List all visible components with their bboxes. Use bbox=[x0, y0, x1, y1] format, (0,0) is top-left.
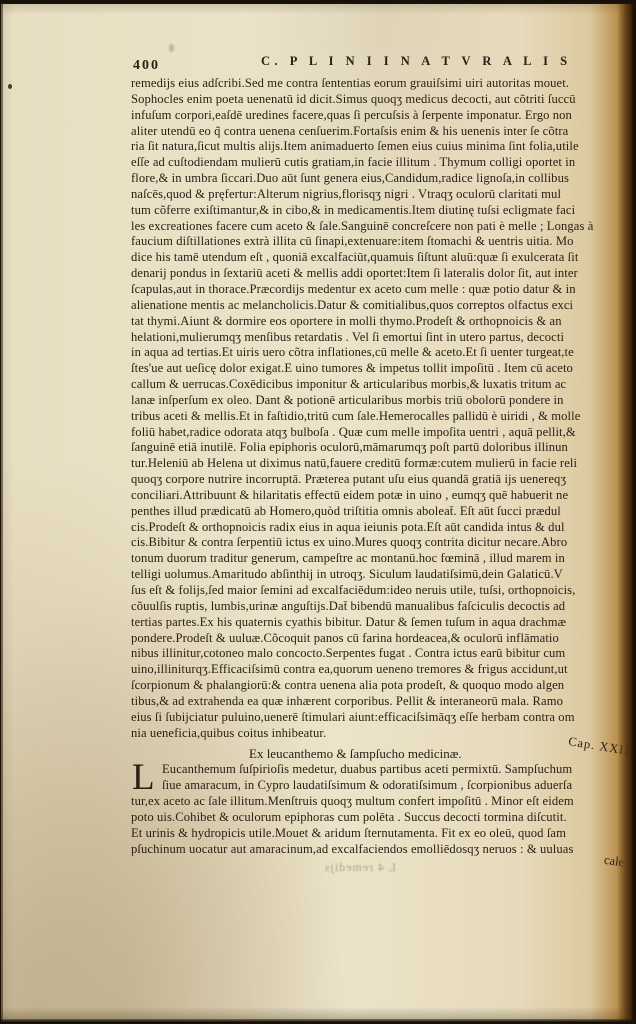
text-line: eius ſi ſubijciatur puluino,uenerē ſtimu… bbox=[131, 710, 634, 726]
chapter-title: Ex leucanthemo & ſampſucho medicinæ. bbox=[249, 746, 462, 762]
text-line: uino,illiniturqʒ.Efficaciſsimū contra ea… bbox=[131, 662, 634, 678]
page-number: 400 bbox=[133, 58, 160, 74]
text-line: Sophocles enim poeta uenenatū id dicit.S… bbox=[131, 92, 634, 108]
text-line: tum cõferre exiſtimantur,& in cibo,& in … bbox=[131, 203, 634, 219]
page-header: 400 C. P L I N I I N A T V R A L I S bbox=[131, 50, 634, 74]
chapter-heading-row: Ex leucanthemo & ſampſucho medicinæ. Cap… bbox=[131, 743, 634, 760]
text-line: les excreationes facere cum aceto & ſale… bbox=[131, 219, 634, 235]
text-line: tur.Heleniū ab Helena ut diximus natū,fa… bbox=[131, 456, 634, 472]
text-line: pſuchinum uocatur aut amaracinum,ad exca… bbox=[131, 842, 634, 858]
parchment-page: 400 C. P L I N I I N A T V R A L I S rem… bbox=[1, 2, 634, 1022]
book-edge-bottom bbox=[1, 1019, 634, 1022]
text-line: dice his tamē utendum eſt , quoniā excal… bbox=[131, 250, 634, 266]
text-line: eſſe ad cuſtodiendam mulierū cutis grati… bbox=[131, 155, 634, 171]
text-line: cis.Bibitur & contra ſerpentiū ictus ex … bbox=[131, 535, 634, 551]
text-line: ſanguinē etiā inutilē. Folia epiphoris o… bbox=[131, 440, 634, 456]
text-line: helationi,mulierumqʒ menſibus retardatis… bbox=[131, 330, 634, 346]
text-line: ria ſit natura,ſicut multis alijs.Item a… bbox=[131, 139, 634, 155]
text-line: lanæ inſperſum ex oleo. Dant & potionē a… bbox=[131, 393, 634, 409]
text-line: penthes illud prædicatū ab Homero,quòd t… bbox=[131, 504, 634, 520]
book-edge-right bbox=[617, 2, 634, 1022]
text-line: ſiue amaracum, in Cypro laudatiſsimum & … bbox=[162, 778, 634, 794]
text-line: aliter utendū eo q̃ contra uenena cenſue… bbox=[131, 124, 634, 140]
text-line: denarij pondus in ſextariū aceti & melli… bbox=[131, 266, 634, 282]
text-line: Et urinis & hydropicis utile.Mouet & ari… bbox=[131, 826, 634, 842]
text-line: remedijs eius adſcribi.Sed me contra ſen… bbox=[131, 76, 634, 92]
drop-cap: L bbox=[132, 763, 155, 793]
text-line: foliū habet,radice odorata atqʒ bulboſa … bbox=[131, 425, 634, 441]
text-line: tonum duorum traditur generum, campeſtre… bbox=[131, 551, 634, 567]
text-line: alienatione mentis ac melancholicis.Datu… bbox=[131, 298, 634, 314]
paragraph-leucanthemum: L Eucanthemum ſuſpirioſis medetur, duabu… bbox=[131, 762, 634, 857]
text-line: cis.Prodeſt & orthopnoicis radix eius in… bbox=[131, 520, 634, 536]
text-line: quoqʒ corpore nutrire incorruptā. Præter… bbox=[131, 472, 634, 488]
text-line: ſus eſt & folijs,ſed maior ſemini ad exc… bbox=[131, 583, 634, 599]
text-line: flore,& in umbra ſiccari.Duo aūt ſunt ge… bbox=[131, 171, 634, 187]
text-line: Eucanthemum ſuſpirioſis medetur, duabus … bbox=[162, 762, 634, 778]
text-line: tat thymi.Aiunt & dormire eos oportere i… bbox=[131, 314, 634, 330]
text-line: tur,ex aceto ac ſale illitum.Menſtruis q… bbox=[131, 794, 634, 810]
text-line: tertias partes.Ex his quaternis cyathis … bbox=[131, 615, 634, 631]
text-line: cõuulſis ruptis, lumbis,urinæ anguſtijs.… bbox=[131, 599, 634, 615]
text-line: conciliari.Attribuunt & hilaritatis effe… bbox=[131, 488, 634, 504]
text-line: infuſum corpori,eaſdē uredines facere,qu… bbox=[131, 108, 634, 124]
text-line: nibus illinitur,cotoneo malo concocto.Se… bbox=[131, 646, 634, 662]
text-line: tribus aceti & mellis.Et in faſtidio,tri… bbox=[131, 409, 634, 425]
ink-speck bbox=[8, 84, 12, 89]
book-edge-left bbox=[1, 2, 3, 1022]
text-line: naſcēs,quod & pręfertur:Alterum nigrius,… bbox=[131, 187, 634, 203]
text-line: nia ueneficia,quibus coitus inhibeatur. bbox=[131, 726, 634, 742]
paragraph-leucanthemum-lines: Eucanthemum ſuſpirioſis medetur, duabus … bbox=[131, 762, 634, 857]
show-through-text: L 4 remedijs bbox=[176, 860, 396, 875]
text-line: tibus,& ad extrahenda ea quæ inhærent co… bbox=[131, 694, 634, 710]
book-edge-top bbox=[1, 2, 634, 4]
text-line: callum & uerrucas.Coxēdicibus imponitur … bbox=[131, 377, 634, 393]
text-line: faucium diſtillationes extrà illita cū ſ… bbox=[131, 234, 634, 250]
paragraph-thymum: remedijs eius adſcribi.Sed me contra ſen… bbox=[131, 76, 634, 741]
page-content: 400 C. P L I N I I N A T V R A L I S rem… bbox=[131, 50, 634, 858]
text-line: in aqua ad tertias.Et uiris uero cõtra i… bbox=[131, 345, 634, 361]
text-line: poto uis.Cohibet & oculorum epiphoras cu… bbox=[131, 810, 634, 826]
text-line: ſtes'ue aut ueſicę dolor exigat.E uino t… bbox=[131, 361, 634, 377]
scanned-book-page: { "page": { "number": "400", "running_he… bbox=[0, 0, 636, 1024]
text-line: ſcapulas,aut in thorace.Præcordijs meden… bbox=[131, 282, 634, 298]
text-line: pondere.Prodeſt & uuluæ.Cõcoquit panos c… bbox=[131, 631, 634, 647]
running-header: C. P L I N I I N A T V R A L I S bbox=[261, 54, 572, 69]
text-line: telligi uolumus.Amaritudo abſinthij in u… bbox=[131, 567, 634, 583]
text-line: ſcorpionum & phalangiorū:& contra uenena… bbox=[131, 678, 634, 694]
